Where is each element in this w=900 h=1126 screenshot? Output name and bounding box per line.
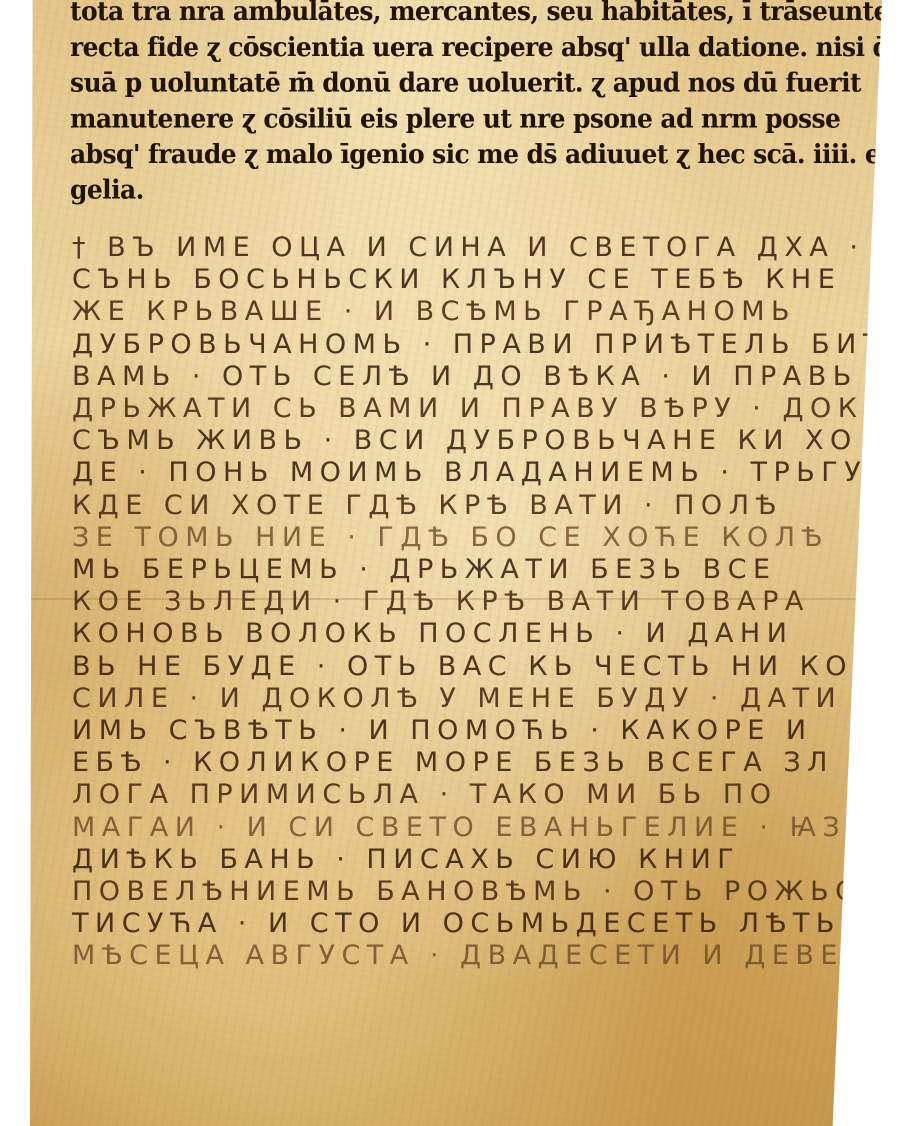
cyrillic-line: ПОВЕЛѢНИЕМЬ БАНОВѢМЬ · ОТЬ РОЖЬСТВА ХВ [72,876,892,908]
cyrillic-line: МѢСЕЦА АВГУСТА · ДВАДЕСЕТИ И ДЕВЕТИ [72,940,892,972]
parchment-charter: tota tra nra ambulātes, mercantes, seu h… [30,0,882,1126]
cyrillic-line: ВЬ НЕ БУДЕ · ОТЬ ВАС КЬ ЧЕСТЬ НИ КОГО [72,651,892,683]
cyrillic-line: ЛОГА ПРИМИСЬЛА · ТАКО МИ БЬ ПО [72,779,892,811]
cyrillic-line: ЕБѢ · КОЛИКОРЕ МОРЕ БЕЗЬ ВСЕГА ЗЛ [72,747,892,779]
latin-line: absq' fraude ɀ malo īgenio sic me ds̄ ad… [70,137,900,173]
cyrillic-line: КОЕ ЗЬЛЕДИ · ГДѢ КРѢ ВАТИ ТОВАРА [72,586,892,618]
cyrillic-line: КДЕ СИ ХОТЕ ГДѢ КРѢ ВАТИ · ПОЛѢ [72,490,892,522]
latin-line: tota tra nra ambulātes, mercantes, seu h… [70,0,900,30]
cyrillic-line: ВАМЬ · ОТЬ СЕЛѢ И ДО ВѢКА · И ПРАВЬ ГОИ [72,361,892,393]
cyrillic-line: ЖЕ КРЬВАШЕ · И ВСѢМЬ ГРАЂАНОМЬ [72,296,892,328]
cyrillic-line: ДЕ · ПОНЬ МОИМЬ ВЛАДАНИЕМЬ · ТРЬГУЮЋЕ [72,457,892,489]
cyrillic-line: † ВЪ ИМЕ ОЦА И СИНА И СВЕТОГА ДХА · ꙖЗЬ … [72,232,892,264]
cyrillic-line: ЗЕ ТОМЬ НИЕ · ГДѢ БО СЕ ХОЋЕ КОЛѢ [72,522,892,554]
cyrillic-line: КОНОВЬ ВОЛОКЬ ПОСЛЕНЬ · И ДАНИ [72,618,892,650]
cyrillic-text-block: † ВЪ ИМЕ ОЦА И СИНА И СВЕТОГА ДХА · ꙖЗЬ … [72,232,892,973]
cyrillic-line: СИЛЕ · И ДОКОЛѢ У МЕНЕ БУДУ · ДАТИ [72,683,892,715]
latin-line: manutenere ɀ cōsiliū eis plere ut nre ps… [70,101,900,137]
cyrillic-line: МЬ БЕРЬЦЕМЬ · ДРЬЖАТИ БЕЗЬ ВСЕ [72,554,892,586]
cyrillic-line: ТИСУЋА · И СТО И ОСЬМЬДЕСЕТЬ ЛѢТЬ [72,908,892,940]
cyrillic-line: МАГАИ · И СИ СВЕТО ЕВАНЬГЕЛИЕ · ꙖЗЬ [72,812,892,844]
cyrillic-line: СЪМЬ ЖИВЬ · ВСИ ДУБРОВЬЧАНЕ КИ ХО [72,425,892,457]
latin-line: gelia. [70,172,900,208]
cyrillic-line: ДИѢКЬ БАНЬ · ПИСАХЬ СИЮ КНИГ [72,844,892,876]
latin-line: suā p uoluntatē m̄ donū dare uoluerit. ɀ… [70,65,900,101]
cyrillic-line: ДУБРОВЬЧАНОМЬ · ПРАВИ ПРИѢТЕЛЬ БИТИ [72,329,892,361]
cyrillic-line: ИМЬ СЪВѢТЬ · И ПОМОЋЬ · КАКОРЕ И [72,715,892,747]
latin-text-block: tota tra nra ambulātes, mercantes, seu h… [70,0,900,208]
latin-line: recta fide ɀ cōscientia uera recipere ab… [70,30,900,66]
cyrillic-line: ДРЬЖАТИ СЬ ВАМИ И ПРАВУ ВѢРУ · ДОКОЛѢ [72,393,892,425]
cyrillic-line: СЪНЬ БОСЬНЬСКИ КЛЪНУ СЕ ТЕБѢ КНЕ [72,264,892,296]
